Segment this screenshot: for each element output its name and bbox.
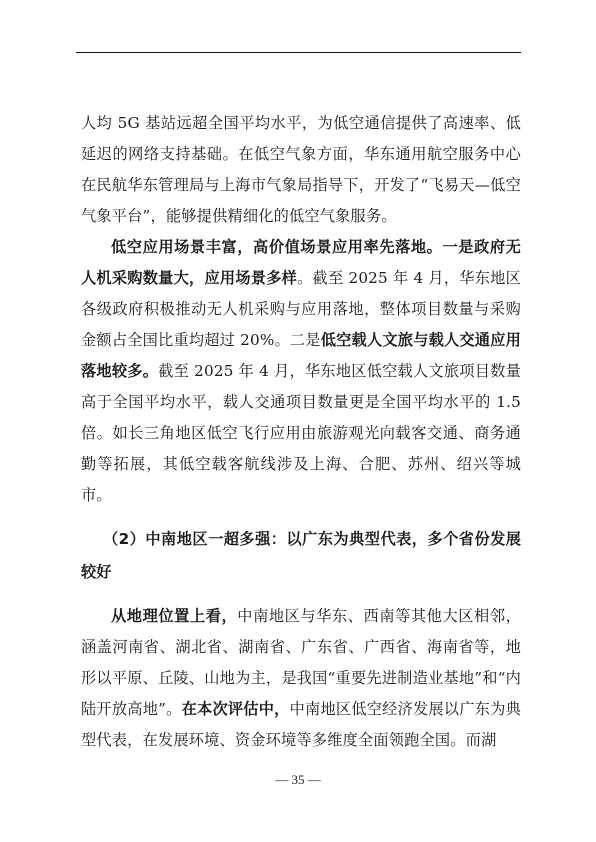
paragraph-text: 人均 5G 基站远超全国平均水平，为低空通信提供了高速率、低延迟的网络支持基础。… bbox=[81, 114, 521, 225]
page-number: — 35 — bbox=[0, 772, 596, 788]
page-body: 人均 5G 基站远超全国平均水平，为低空通信提供了高速率、低延迟的网络支持基础。… bbox=[81, 108, 521, 756]
paragraph-5g-weather: 人均 5G 基站远超全国平均水平，为低空通信提供了高速率、低延迟的网络支持基础。… bbox=[81, 108, 521, 232]
paragraph-text: 截至 2025 年 4 月，华东地区低空载人文旅项目数量高于全国平均水平，载人交… bbox=[81, 362, 521, 504]
paragraph-central-south-geography: 从地理位置上看，中南地区与华东、西南等其他大区相邻，涵盖河南省、湖北省、湖南省、… bbox=[81, 601, 521, 756]
bold-lead-text: 在本次评估中， bbox=[182, 700, 290, 718]
paragraph-application-scenarios: 低空应用场景丰富，高价值场景应用率先落地。一是政府无人机采购数量大，应用场景多样… bbox=[81, 232, 521, 511]
header-rule bbox=[76, 52, 521, 53]
bold-lead-text: 从地理位置上看， bbox=[111, 607, 237, 625]
section-heading-central-south: （2）中南地区一超多强：以广东为典型代表，多个省份发展较好 bbox=[81, 523, 521, 589]
